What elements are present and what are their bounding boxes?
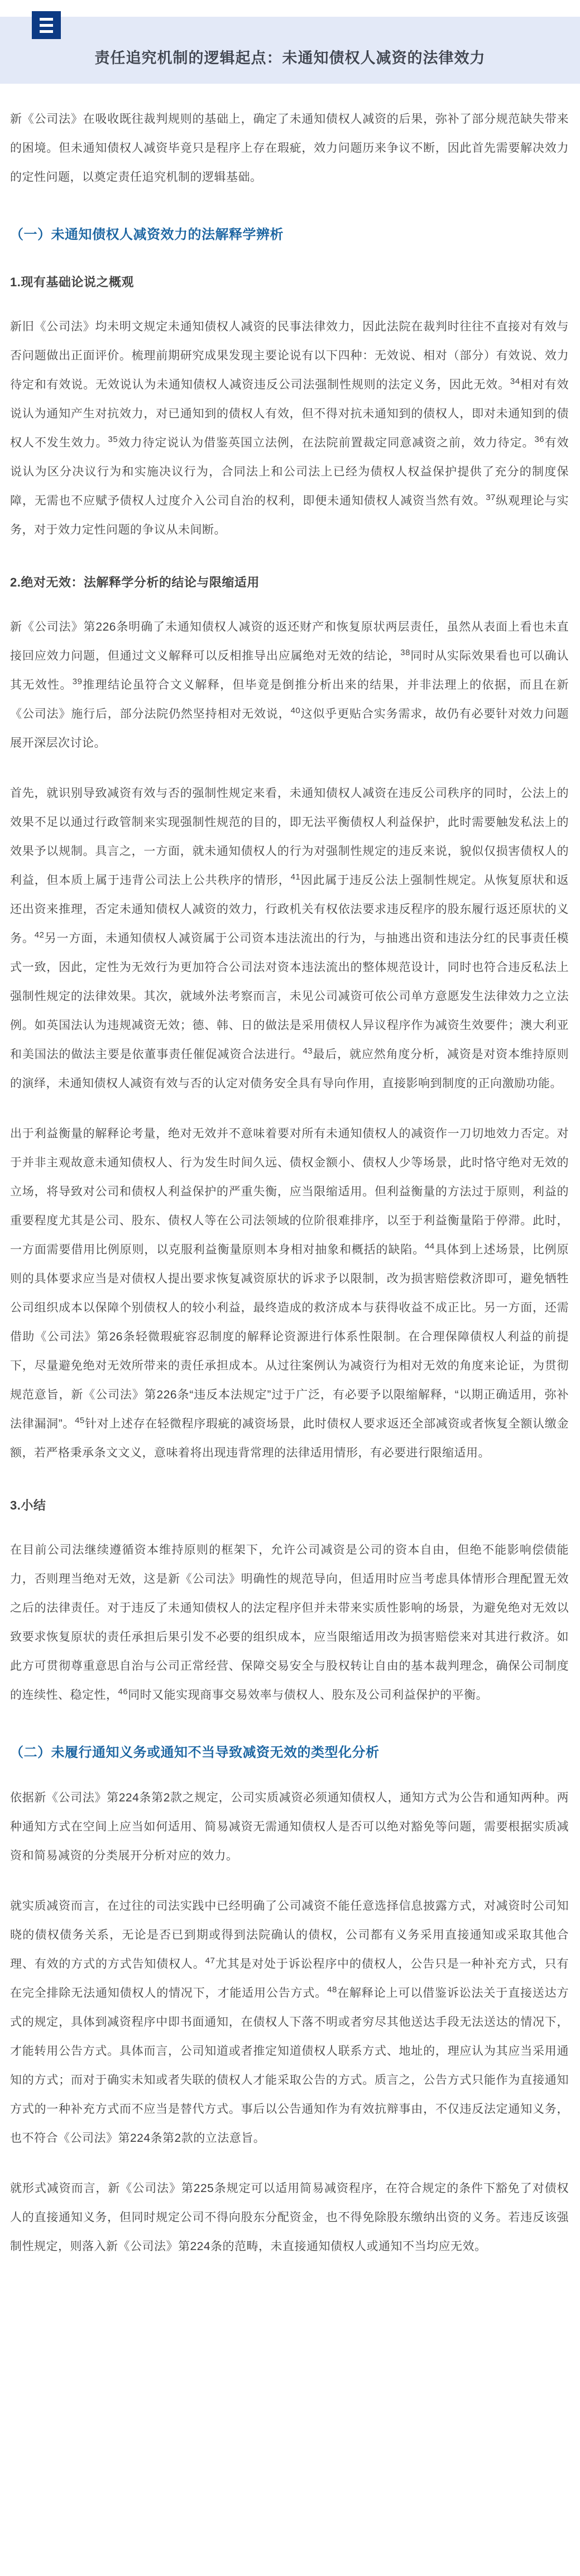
section-1-subheading-1: 1.现有基础论说之概观 bbox=[10, 273, 569, 291]
section-1-subheading-3: 3.小结 bbox=[10, 1497, 569, 1515]
intro-paragraph: 新《公司法》在吸收既往裁判规则的基础上，确定了未通知债权人减资的后果，弥补了部分… bbox=[10, 105, 569, 192]
section-2-heading: （二）未履行通知义务或通知不当导致减资无效的类型化分析 bbox=[10, 1743, 569, 1762]
section-2-paragraph-1: 依据新《公司法》第224条第2款之规定，公司实质减资必须通知债权人，通知方式为公… bbox=[10, 1784, 569, 1871]
article-body: 新《公司法》在吸收既往裁判规则的基础上，确定了未通知债权人减资的后果，弥补了部分… bbox=[0, 105, 580, 2338]
section-1-paragraph-4: 出于利益衡量的解释论考量，绝对无效并不意味着要对所有未通知债权人的减资作一刀切地… bbox=[10, 1119, 569, 1468]
section-1-subheading-2: 2.绝对无效：法解释学分析的结论与限缩适用 bbox=[10, 574, 569, 592]
article-title: 责任追究机制的逻辑起点：未通知债权人减资的法律效力 bbox=[22, 47, 558, 69]
section-1-paragraph-5: 在目前公司法继续遵循资本维持原则的框架下，允许公司减资是公司的资本自由，但绝不能… bbox=[10, 1536, 569, 1710]
section-1-paragraph-3: 首先，就识别导致减资有效与否的强制性规定来看，未通知债权人减资在违反公司秩序的同… bbox=[10, 779, 569, 1098]
section-1-paragraph-1: 新旧《公司法》均未明文规定未通知债权人减资的民事法律效力，因此法院在裁判时往往不… bbox=[10, 313, 569, 545]
article-header-band: 责任追究机制的逻辑起点：未通知债权人减资的法律效力 bbox=[0, 17, 580, 84]
section-1-paragraph-2: 新《公司法》第226条明确了未通知债权人减资的返还财产和恢复原状两层责任，虽然从… bbox=[10, 613, 569, 758]
hamburger-menu-icon[interactable] bbox=[32, 11, 61, 39]
section-2-paragraph-3: 就形式减资而言，新《公司法》第225条规定可以适用简易减资程序，在符合规定的条件… bbox=[10, 2174, 569, 2261]
article-page: 责任追究机制的逻辑起点：未通知债权人减资的法律效力 新《公司法》在吸收既往裁判规… bbox=[0, 17, 580, 2338]
section-2-paragraph-2: 就实质减资而言，在过往的司法实践中已经明确了公司减资不能任意选择信息披露方式，对… bbox=[10, 1892, 569, 2153]
menu-bar bbox=[40, 18, 53, 21]
section-1-heading: （一）未通知债权人减资效力的法解释学辨析 bbox=[10, 225, 569, 244]
menu-bar bbox=[40, 30, 53, 33]
menu-bar bbox=[40, 24, 53, 27]
